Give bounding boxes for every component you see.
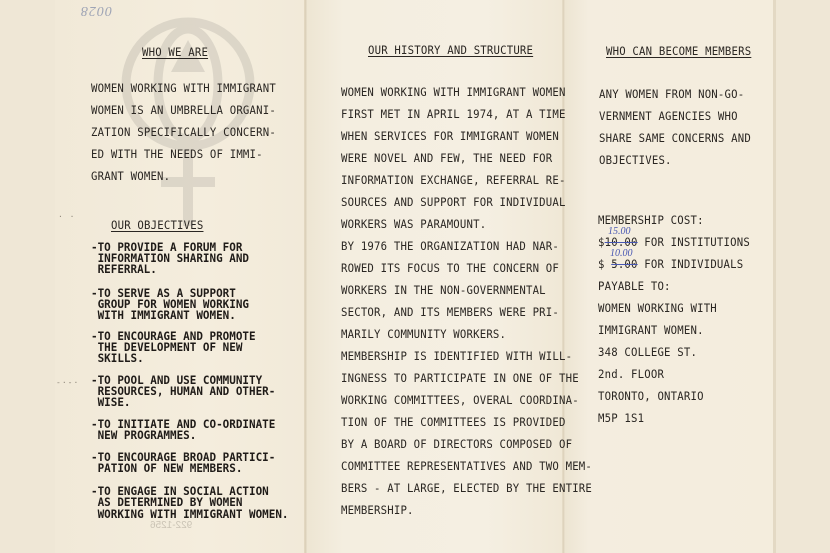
body-line: FIRST MET IN APRIL 1974, AT A TIME (341, 108, 566, 121)
objective-line: WORKING WITH IMMIGRANT WOMEN. (91, 509, 289, 520)
body-line: TION OF THE COMMITTEES IS PROVIDED (341, 416, 566, 429)
body-line: WORKERS IN THE NON-GOVERNMENTAL (341, 284, 546, 297)
address-line: TORONTO, ONTARIO (598, 390, 704, 403)
archive-stamp: 0028 (80, 2, 112, 18)
address-line: WOMEN WORKING WITH (598, 302, 717, 315)
paper-speck: · · (58, 212, 75, 221)
body-line: WERE NOVEL AND FEW, THE NEED FOR (341, 152, 552, 165)
struck-price: 10.00 (605, 235, 638, 249)
paper-edge (773, 0, 776, 553)
body-line: ANY WOMEN FROM NON-GO- (599, 88, 744, 101)
body-line: WORKERS WAS PARAMOUNT. (341, 218, 486, 231)
address-line: M5P 1S1 (598, 412, 644, 425)
price-label: FOR INDIVIDUALS (638, 257, 744, 271)
body-line: OBJECTIVES. (599, 154, 672, 167)
objective-line: SKILLS. (91, 353, 144, 364)
body-line: ROWED ITS FOCUS TO THE CONCERN OF (341, 262, 559, 275)
body-line: WOMEN WORKING WITH IMMIGRANT (91, 82, 276, 95)
struck-price: 5.00 (611, 257, 637, 271)
currency-symbol: $ (598, 257, 611, 271)
body-line: GRANT WOMEN. (91, 170, 170, 183)
body-line: WOMEN WORKING WITH IMMIGRANT WOMEN (341, 86, 566, 99)
individual-price-row: $ 5.00 FOR INDIVIDUALS (598, 258, 743, 271)
price-label: FOR INSTITUTIONS (638, 235, 750, 249)
objective-line: NEW PROGRAMMES. (91, 430, 196, 441)
objective-line: PATION OF NEW MEMBERS. (91, 463, 242, 474)
show-through-text: 922-1256 (150, 520, 192, 531)
heading-history-structure: OUR HISTORY AND STRUCTURE (368, 43, 533, 57)
body-line: MEMBERSHIP IS IDENTIFIED WITH WILL- (341, 350, 572, 363)
body-line: MEMBERSHIP. (341, 504, 414, 517)
body-line: BY A BOARD OF DIRECTORS COMPOSED OF (341, 438, 572, 451)
heading-our-objectives: OUR OBJECTIVES (111, 218, 203, 232)
address-line: 348 COLLEGE ST. (598, 346, 697, 359)
heading-who-can-become-members: WHO CAN BECOME MEMBERS (606, 44, 751, 58)
body-line: INGNESS TO PARTICIPATE IN ONE OF THE (341, 372, 579, 385)
body-line: INFORMATION EXCHANGE, REFERRAL RE- (341, 174, 566, 187)
body-line: MARILY COMMUNITY WORKERS. (341, 328, 506, 341)
body-line: SHARE SAME CONCERNS AND (599, 132, 751, 145)
paper-speck: -·-· (56, 378, 79, 387)
fold-line (304, 0, 307, 553)
body-line: SOURCES AND SUPPORT FOR INDIVIDUAL (341, 196, 566, 209)
body-line: BY 1976 THE ORGANIZATION HAD NAR- (341, 240, 559, 253)
address-line: IMMIGRANT WOMEN. (598, 324, 704, 337)
body-line: COMMITTEE REPRESENTATIVES AND TWO MEM- (341, 460, 592, 473)
body-line: ED WITH THE NEEDS OF IMMI- (91, 148, 263, 161)
objective-line: WISE. (91, 397, 131, 408)
right-panel (563, 0, 775, 553)
body-line: ZATION SPECIFICALLY CONCERN- (91, 126, 276, 139)
objective-line: WITH IMMIGRANT WOMEN. (91, 310, 236, 321)
heading-who-we-are: WHO WE ARE (142, 45, 208, 59)
address-line: 2nd. FLOOR (598, 368, 664, 381)
payable-label: PAYABLE TO: (598, 280, 671, 293)
objective-line: REFERRAL. (91, 264, 157, 275)
body-line: SECTOR, AND ITS MEMBERS WERE PRI- (341, 306, 559, 319)
body-line: WORKING COMMITTEES, OVERAL COORDINA- (341, 394, 579, 407)
body-line: VERNMENT AGENCIES WHO (599, 110, 738, 123)
body-line: WOMEN IS AN UMBRELLA ORGANI- (91, 104, 276, 117)
body-line: WHEN SERVICES FOR IMMIGRANT WOMEN (341, 130, 559, 143)
objective-line: AS DETERMINED BY WOMEN (91, 497, 242, 508)
body-line: BERS - AT LARGE, ELECTED BY THE ENTIRE (341, 482, 592, 495)
